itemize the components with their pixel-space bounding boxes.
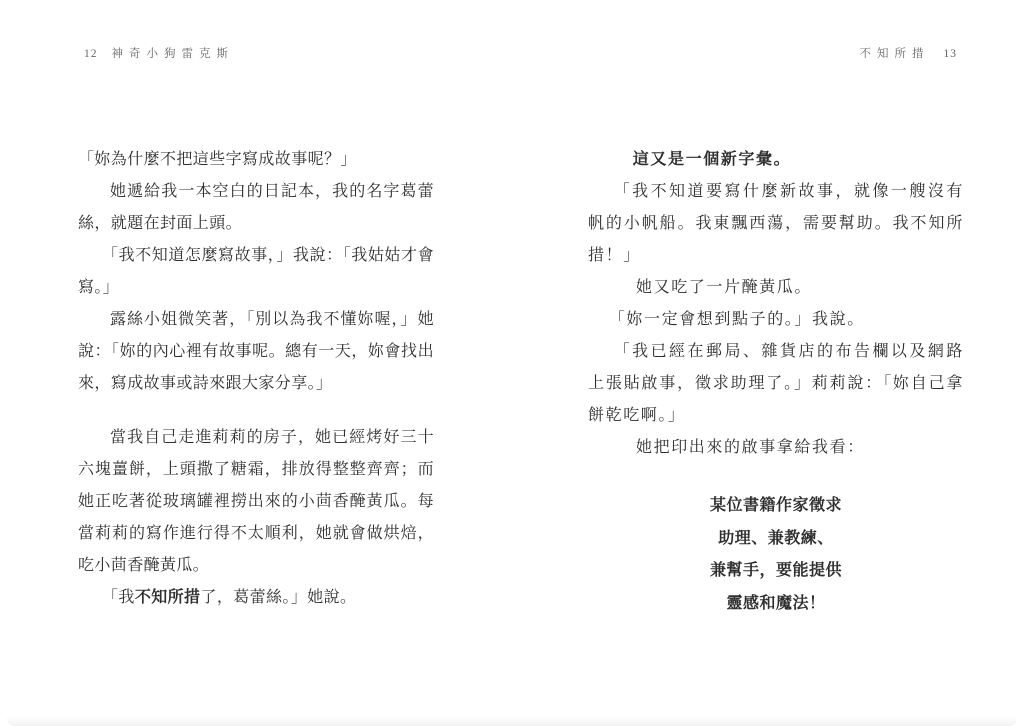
- notice-line: 某位書籍作家徵求: [588, 490, 964, 523]
- text-run: 「我已經在郵局、雜貨店的布告欄以及網路上張貼啟事，徵求助理了。」莉莉說：「妳自己…: [588, 343, 964, 424]
- right-running-title: 不知所措: [860, 48, 930, 60]
- right-running-head: 不知所措13: [590, 45, 957, 61]
- bold-text-run: 不知所措: [135, 589, 201, 606]
- left-page-body: 「妳為什麼不把這些字寫成故事呢？」她遞給我一本空白的日記本，我的名字葛蕾絲，就題…: [78, 144, 434, 614]
- paragraph: 「我不知道要寫什麼新故事，就像一艘沒有帆的小帆船。我東飄西蕩，需要幫助。我不知所…: [588, 176, 964, 272]
- text-run: 當我自己走進莉莉的房子，她已經烤好三十六塊薑餅，上頭撒了糖霜，排放得整整齊齊；而…: [78, 429, 434, 574]
- left-running-head: 12神奇小狗雷克斯: [84, 45, 234, 61]
- text-run: 「我不知道要寫什麼新故事，就像一艘沒有帆的小帆船。我東飄西蕩，需要幫助。我不知所…: [588, 183, 964, 264]
- paragraph: 「我已經在郵局、雜貨店的布告欄以及網路上張貼啟事，徵求助理了。」莉莉說：「妳自己…: [588, 336, 964, 432]
- text-run: 「妳為什麼不把這些字寫成故事呢？」: [78, 151, 357, 168]
- text-run: 「我不知道怎麼寫故事，」我說：「我姑姑才會寫。」: [78, 247, 434, 296]
- paragraph: 「妳一定會想到點子的。」我說。: [588, 304, 964, 336]
- right-page-paragraphs: 這又是一個新字彙。「我不知道要寫什麼新故事，就像一艘沒有帆的小帆船。我東飄西蕩，…: [588, 144, 964, 464]
- notice-line: 兼幫手，要能提供: [588, 555, 964, 588]
- paragraph: 當我自己走進莉莉的房子，她已經烤好三十六塊薑餅，上頭撒了糖霜，排放得整整齊齊；而…: [78, 422, 434, 582]
- text-run: 這又是一個新字彙。: [633, 151, 791, 168]
- paragraph: 「我不知道怎麼寫故事，」我說：「我姑姑才會寫。」: [78, 240, 434, 304]
- right-page-body: 這又是一個新字彙。「我不知道要寫什麼新故事，就像一艘沒有帆的小帆船。我東飄西蕩，…: [588, 144, 964, 620]
- left-running-title: 神奇小狗雷克斯: [112, 48, 235, 60]
- paragraph: 她把印出來的啟事拿給我看：: [588, 432, 964, 464]
- text-run: 露絲小姐微笑著，「別以為我不懂妳喔，」她說：「妳的內心裡有故事呢。總有一天，妳會…: [78, 311, 434, 392]
- paragraph: 露絲小姐微笑著，「別以為我不懂妳喔，」她說：「妳的內心裡有故事呢。總有一天，妳會…: [78, 304, 434, 400]
- notice-line: 靈感和魔法！: [588, 588, 964, 621]
- paragraph: 「妳為什麼不把這些字寫成故事呢？」: [78, 144, 434, 176]
- paragraph: 「我不知所措了，葛蕾絲。」她說。: [78, 582, 434, 614]
- right-page-number: 13: [944, 48, 958, 60]
- paragraph: 這又是一個新字彙。: [588, 144, 964, 176]
- paragraph: 她遞給我一本空白的日記本，我的名字葛蕾絲，就題在封面上頭。: [78, 176, 434, 240]
- text-run: 「我: [102, 589, 135, 606]
- job-notice-block: 某位書籍作家徵求助理、兼教練、兼幫手，要能提供靈感和魔法！: [588, 490, 964, 620]
- text-run: 她又吃了一片醃黃瓜。: [636, 279, 812, 296]
- text-run: 「妳一定會想到點子的。」我說。: [609, 311, 865, 328]
- text-run: 了，葛蕾絲。」她說。: [200, 589, 356, 606]
- notice-line: 助理、兼教練、: [588, 523, 964, 556]
- paragraph: 她又吃了一片醃黃瓜。: [588, 272, 964, 304]
- book-spread: 12神奇小狗雷克斯 不知所措13 「妳為什麼不把這些字寫成故事呢？」她遞給我一本…: [0, 0, 1024, 726]
- text-run: 她遞給我一本空白的日記本，我的名字葛蕾絲，就題在封面上頭。: [78, 183, 434, 232]
- left-page-number: 12: [84, 48, 98, 60]
- text-run: 她把印出來的啟事拿給我看：: [636, 439, 865, 456]
